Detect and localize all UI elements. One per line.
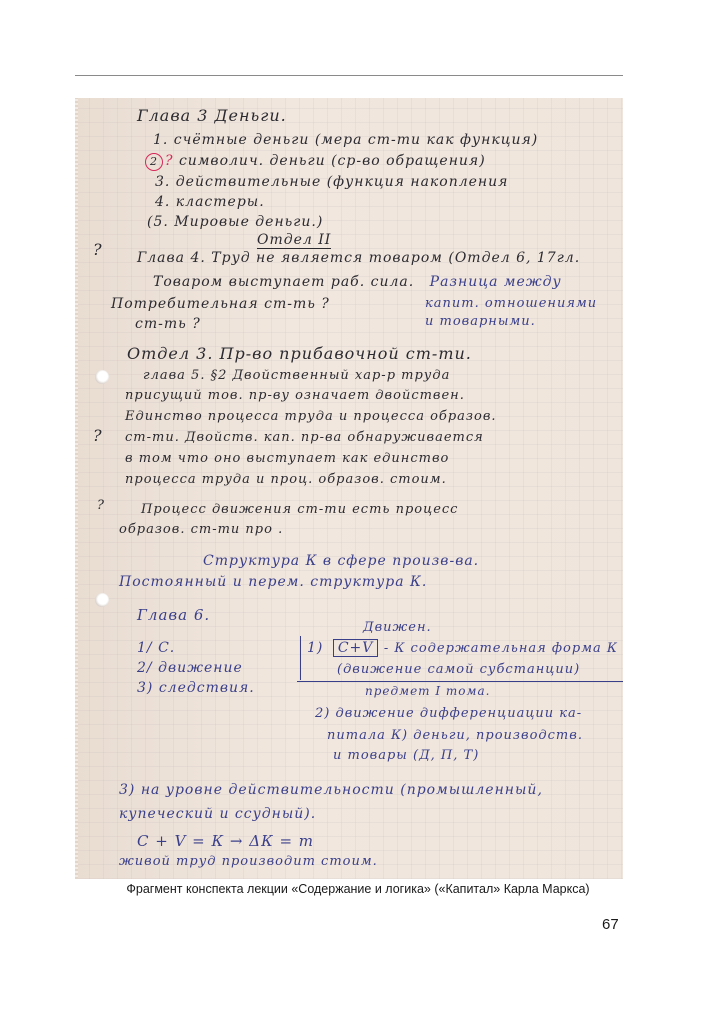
- underline-rule: [297, 681, 623, 682]
- manuscript-line: Отдел II: [257, 232, 331, 248]
- manuscript-line: ст-ть ?: [135, 316, 201, 332]
- manuscript-line: и товары (Д, П, Т): [333, 748, 479, 763]
- punch-hole-icon: [95, 370, 109, 384]
- manuscript-line: в том что оно выступает как единство: [125, 451, 449, 466]
- manuscript-line: Отдел 3. Пр-во прибавочной ст-ти.: [127, 344, 472, 363]
- page-number: 67: [602, 916, 619, 933]
- manuscript-line: Структура К в сфере произв-ва.: [203, 553, 479, 569]
- punch-hole-icon: [95, 593, 109, 607]
- manuscript-text: Товаром выступает раб. сила.: [153, 274, 414, 290]
- red-circle-mark: 2: [145, 153, 163, 171]
- manuscript-formula: С + V = К → ΔК = m: [137, 832, 314, 850]
- manuscript-line: 4. кластеры.: [155, 194, 265, 210]
- manuscript-line: 1/ С.: [137, 640, 175, 656]
- manuscript-line: Процесс движения ст-ти есть процесс: [141, 502, 458, 517]
- manuscript-line: глава 5. §2 Двойственный хар-р труда: [143, 368, 450, 383]
- figure-caption: Фрагмент конспекта лекции «Содержание и …: [0, 882, 716, 896]
- manuscript-line: присущий тов. пр-ву означает двойствен.: [125, 388, 465, 403]
- manuscript-line: питала К) деньги, производств.: [327, 728, 583, 743]
- manuscript-line: ст-ти. Двойств. кап. пр-ва обнаруживаетс…: [125, 430, 484, 445]
- manuscript-line: живой труд производит стоим.: [119, 854, 378, 869]
- manuscript-line: капит. отношениями: [425, 296, 597, 311]
- section-heading: Отдел II: [257, 232, 331, 249]
- boxed-formula: С+V: [333, 639, 379, 657]
- manuscript-photo: Глава 3 Деньги. 1. счётные деньги (мера …: [75, 98, 623, 879]
- manuscript-text: символич. деньги (ср-во обращения): [179, 153, 486, 169]
- manuscript-text-blue: Разница между: [430, 274, 562, 290]
- manuscript-line: и товарными.: [425, 314, 536, 329]
- manuscript-line: Глава 3 Деньги.: [137, 106, 287, 125]
- question-mark: ?: [165, 153, 174, 169]
- question-mark: ?: [93, 240, 103, 259]
- manuscript-line: 3) следствия.: [137, 680, 255, 696]
- manuscript-line: предмет I тома.: [365, 684, 490, 698]
- manuscript-line: Товаром выступает раб. сила. Разница меж…: [153, 274, 562, 290]
- manuscript-line: 1) С+V - К содержательная форма К: [307, 640, 618, 656]
- header-rule: [75, 75, 623, 76]
- manuscript-line: купеческий и ссудный).: [119, 806, 316, 822]
- manuscript-text: 1): [307, 640, 323, 656]
- manuscript-line: Движен.: [363, 620, 432, 635]
- paper-edge: [75, 98, 78, 879]
- manuscript-line: Единство процесса труда и процесса образ…: [125, 409, 497, 424]
- manuscript-line: Глава 4. Труд не является товаром (Отдел…: [137, 250, 580, 266]
- manuscript-line: 2) движение дифференциации ка-: [315, 706, 582, 721]
- manuscript-line: Потребительная ст-ть ?: [111, 296, 330, 312]
- manuscript-line: 3. действительные (функция накопления: [155, 174, 508, 190]
- manuscript-line: 2/ движение: [137, 660, 243, 676]
- manuscript-line: 3) на уровне действительности (промышлен…: [119, 782, 543, 798]
- manuscript-line: (5. Мировые деньги.): [147, 214, 323, 230]
- manuscript-line: Глава 6.: [137, 606, 210, 624]
- manuscript-line: 2? символич. деньги (ср-во обращения): [145, 153, 486, 171]
- manuscript-line: Постоянный и перем. структура К.: [119, 574, 427, 590]
- manuscript-text: - К содержательная форма К: [384, 641, 618, 656]
- manuscript-line: (движение самой субстанции): [337, 662, 580, 677]
- manuscript-line: образов. ст-ти про .: [119, 522, 283, 537]
- manuscript-line: 1. счётные деньги (мера ст-ти как функци…: [153, 132, 538, 148]
- question-mark: ?: [97, 498, 105, 513]
- manuscript-line: процесса труда и проц. образов. стоим.: [125, 472, 447, 487]
- question-mark: ?: [93, 426, 103, 445]
